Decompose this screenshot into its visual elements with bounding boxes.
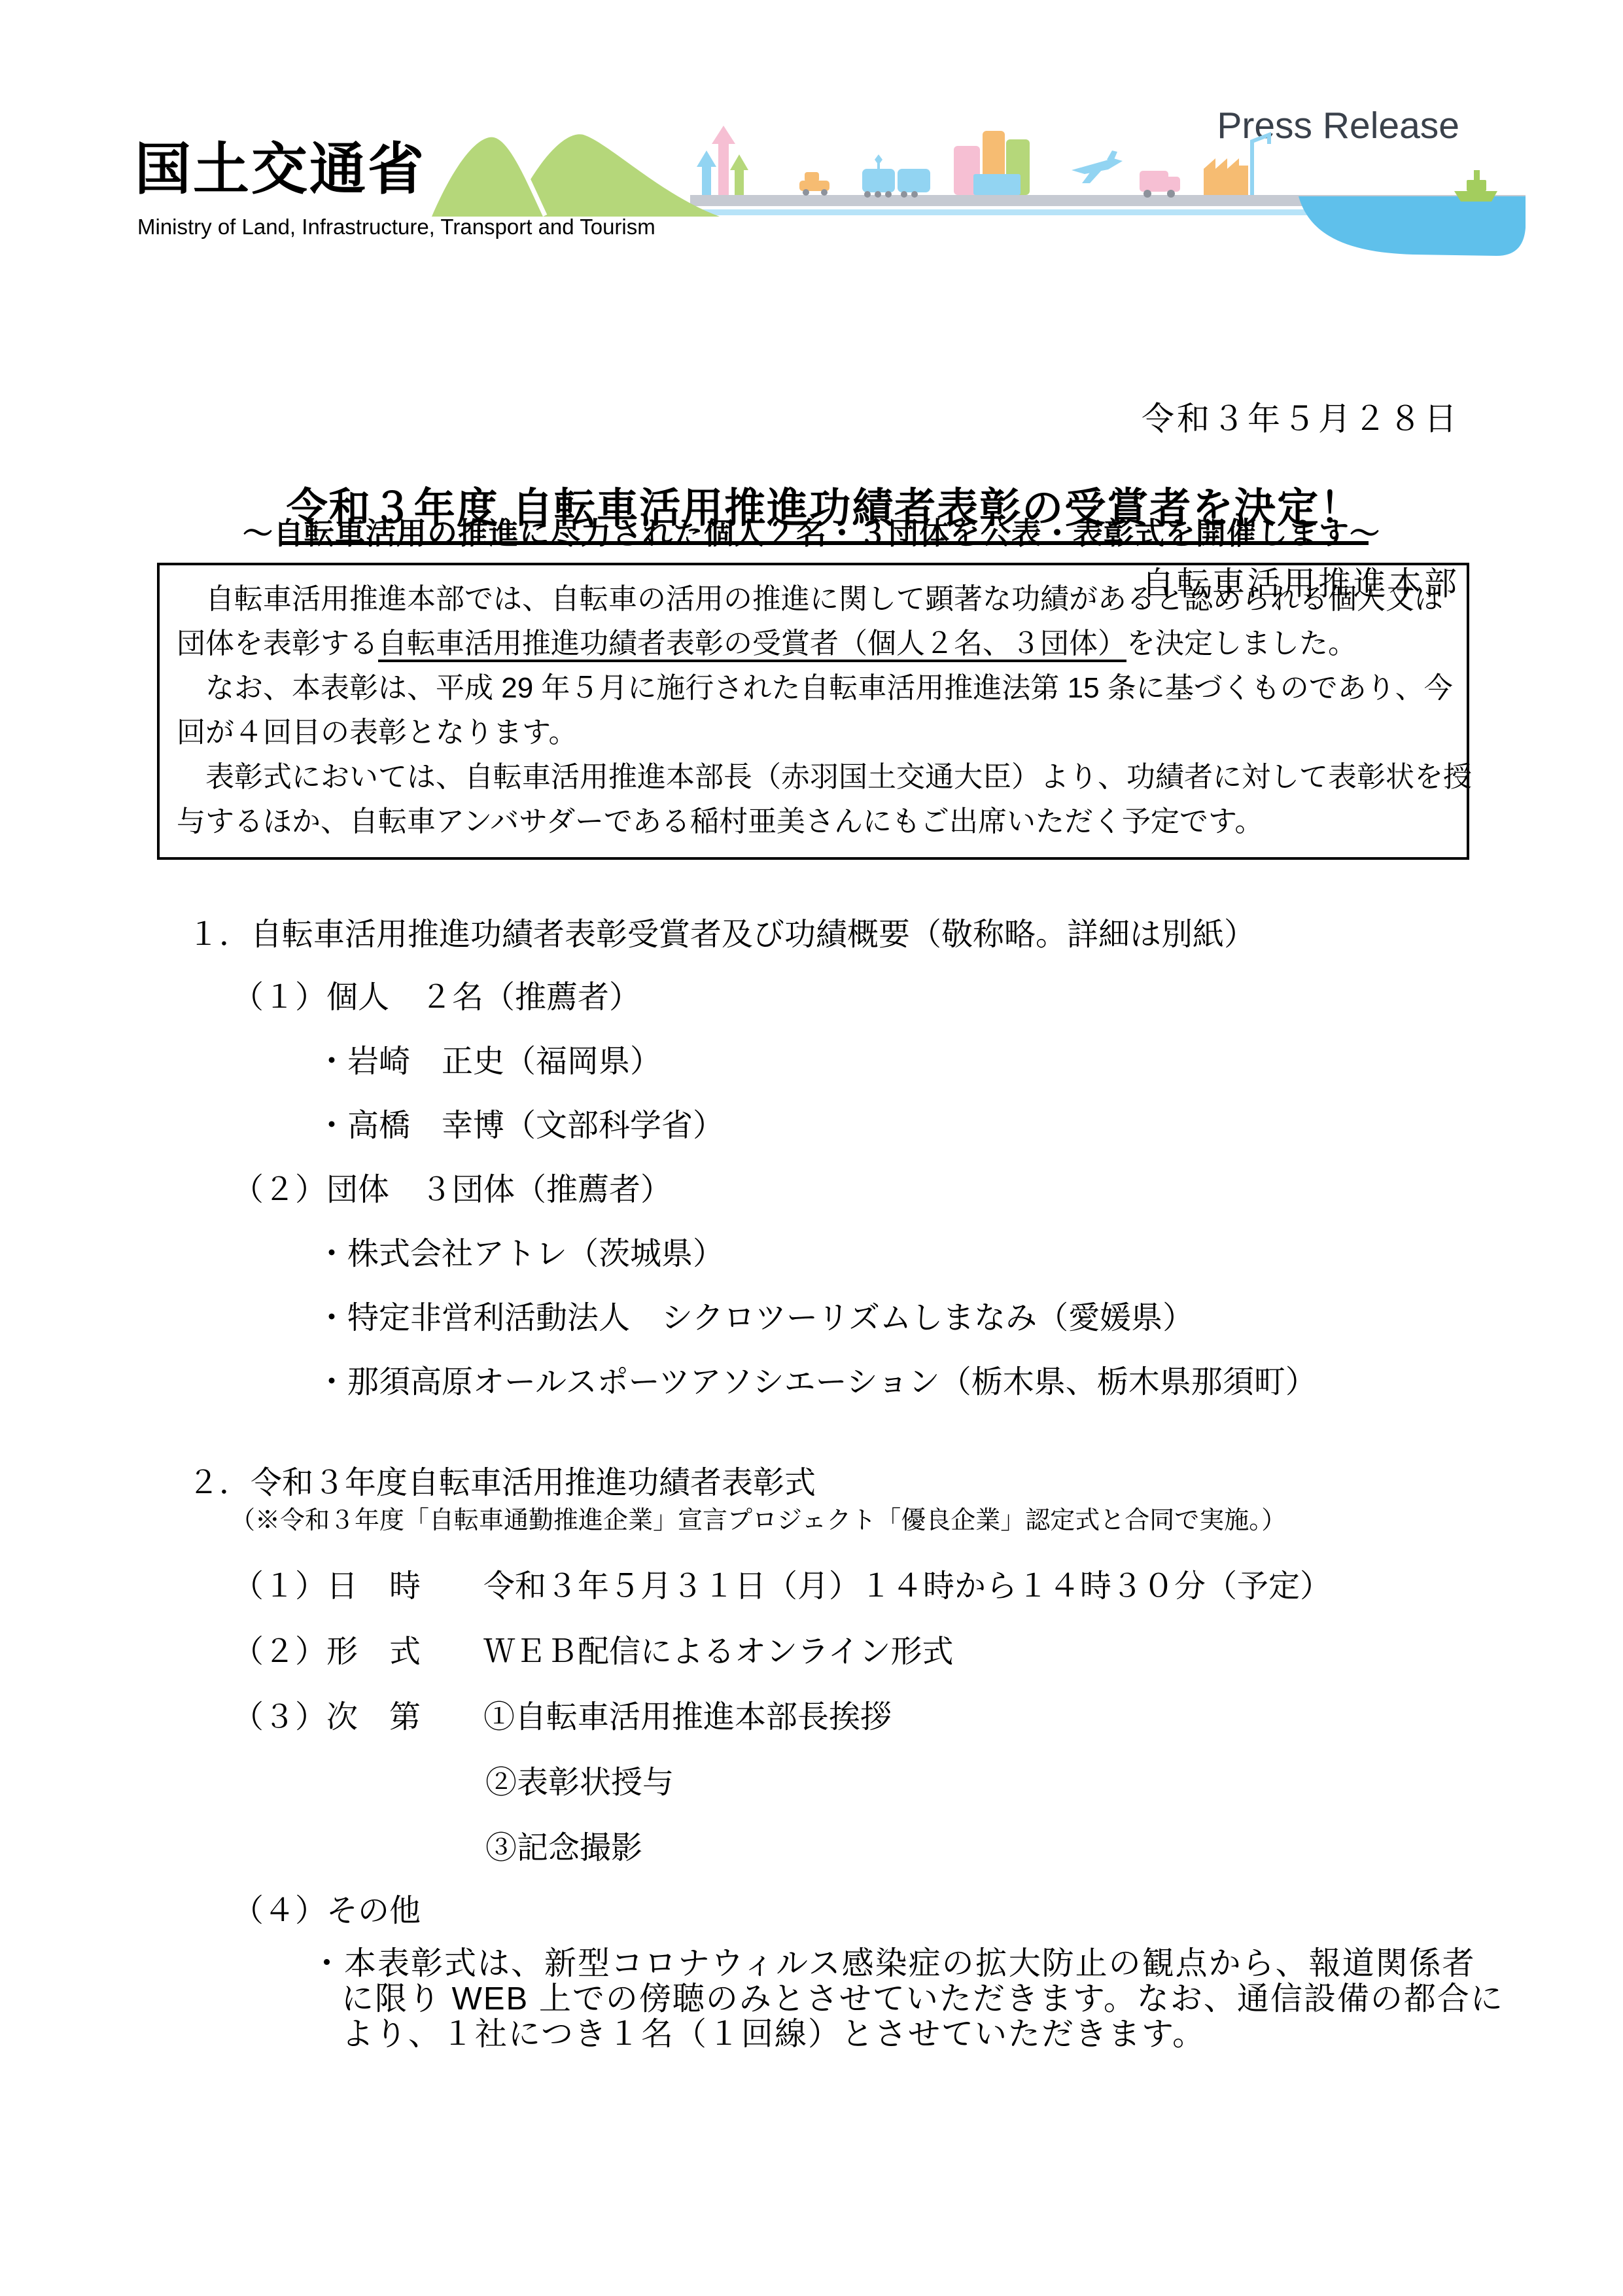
- sea-icon: [1299, 196, 1526, 256]
- ceremony-format: （２）形 式 ＷＥＢ配信によるオンライン形式: [232, 1633, 954, 1671]
- summary-box: 自転車活用推進本部では、自転車の活用の推進に関して顕著な功績があると認められる個…: [157, 563, 1469, 860]
- other-note-line-3: より、１社につき１名（１回線）とさせていただきます。: [341, 2015, 1206, 2054]
- awardee-individual-2: ・高橋 幸博（文部科学省）: [316, 1107, 724, 1145]
- section1-group1-label: （１）個人 ２名（推薦者）: [232, 979, 640, 1017]
- awardee-organization-1: ・株式会社アトレ（茨城県）: [316, 1235, 724, 1273]
- ceremony-datetime: （１）日 時 令和３年５月３１日（月）１４時から１４時３０分（予定）: [232, 1568, 1331, 1606]
- buildings-icon: [954, 131, 1030, 195]
- press-release-page: { "header": { "logo_text": "国土交通省", "min…: [0, 0, 1623, 2296]
- awardee-organization-3: ・那須高原オールスポーツアソシエーション（栃木県、栃木県那須町）: [316, 1364, 1317, 1402]
- other-note-line-2: に限り WEB 上での傍聴のみとさせていただきます。なお、通信設備の都合に: [341, 1980, 1504, 2019]
- ship-icon: [1454, 170, 1497, 202]
- summary-line-5: 表彰式においては、自転車活用推進本部長（赤羽国土交通大臣）より、功績者に対して表…: [177, 755, 1450, 800]
- truck-icon: [1140, 171, 1180, 198]
- section1-heading: １．自転車活用推進功績者表彰受賞者及び功績概要（敬称略。詳細は別紙）: [188, 916, 1255, 954]
- car-icon: [799, 172, 829, 196]
- ceremony-agenda-1: （３）次 第 ①自転車活用推進本部長挨拶: [232, 1699, 892, 1737]
- summary-line-2: 団体を表彰する自転車活用推進功績者表彰の受賞者（個人２名、３団体）を決定しました…: [177, 622, 1450, 666]
- summary-line-1: 自転車活用推進本部では、自転車の活用の推進に関して顕著な功績があると認められる個…: [177, 577, 1450, 622]
- awardee-individual-1: ・岩崎 正史（福岡県）: [316, 1043, 661, 1081]
- summary-line-6: 与するほか、自転車アンバサダーである稲村亜美さんにもご出席いただく予定です。: [177, 800, 1450, 844]
- airplane-icon: [1072, 150, 1123, 183]
- ceremony-agenda-2: ②表彰状授与: [485, 1764, 674, 1802]
- section2-heading: ２．令和３年度自転車活用推進功績者表彰式: [188, 1464, 816, 1502]
- summary-line-2-underlined: 自転車活用推進功績者表彰の受賞者（個人２名、３団体）: [378, 627, 1126, 662]
- section2-item4-label: （４）その他: [232, 1892, 421, 1930]
- summary-line-4: 回が４回目の表彰となります。: [177, 711, 1450, 755]
- pedestrian-arrows-icon: [697, 126, 748, 195]
- summary-line-2-post: を決定しました。: [1126, 627, 1357, 660]
- summary-line-2-pre: 団体を表彰する: [177, 627, 378, 660]
- crane-icon: [1252, 135, 1269, 195]
- ceremony-agenda-3: ③記念撮影: [485, 1829, 642, 1867]
- factory-icon: [1204, 158, 1248, 195]
- awardee-organization-2: ・特定非営利活動法人 シクロツーリズムしまなみ（愛媛県）: [316, 1299, 1194, 1337]
- section2-note: （※令和３年度「自転車通勤推進企業」宣言プロジェクト「優良企業」認定式と合同で実…: [230, 1506, 1286, 1536]
- summary-line-3: なお、本表彰は、平成 29 年５月に施行された自転車活用推進法第 15 条に基づ…: [177, 666, 1450, 711]
- other-note-line-1: ・本表彰式は、新型コロナウィルス感染症の拡大防止の観点から、報道関係者: [311, 1945, 1476, 1983]
- section1-group2-label: （２）団体 ３団体（推薦者）: [232, 1171, 672, 1209]
- train-icon: [862, 154, 930, 198]
- document-subtitle: ～自転車活用の推進に尽力された個人２名・３団体を公表・表彰式を開催します～: [0, 516, 1623, 552]
- header-banner-illustration: [412, 103, 1526, 257]
- mountains-icon: [432, 134, 720, 217]
